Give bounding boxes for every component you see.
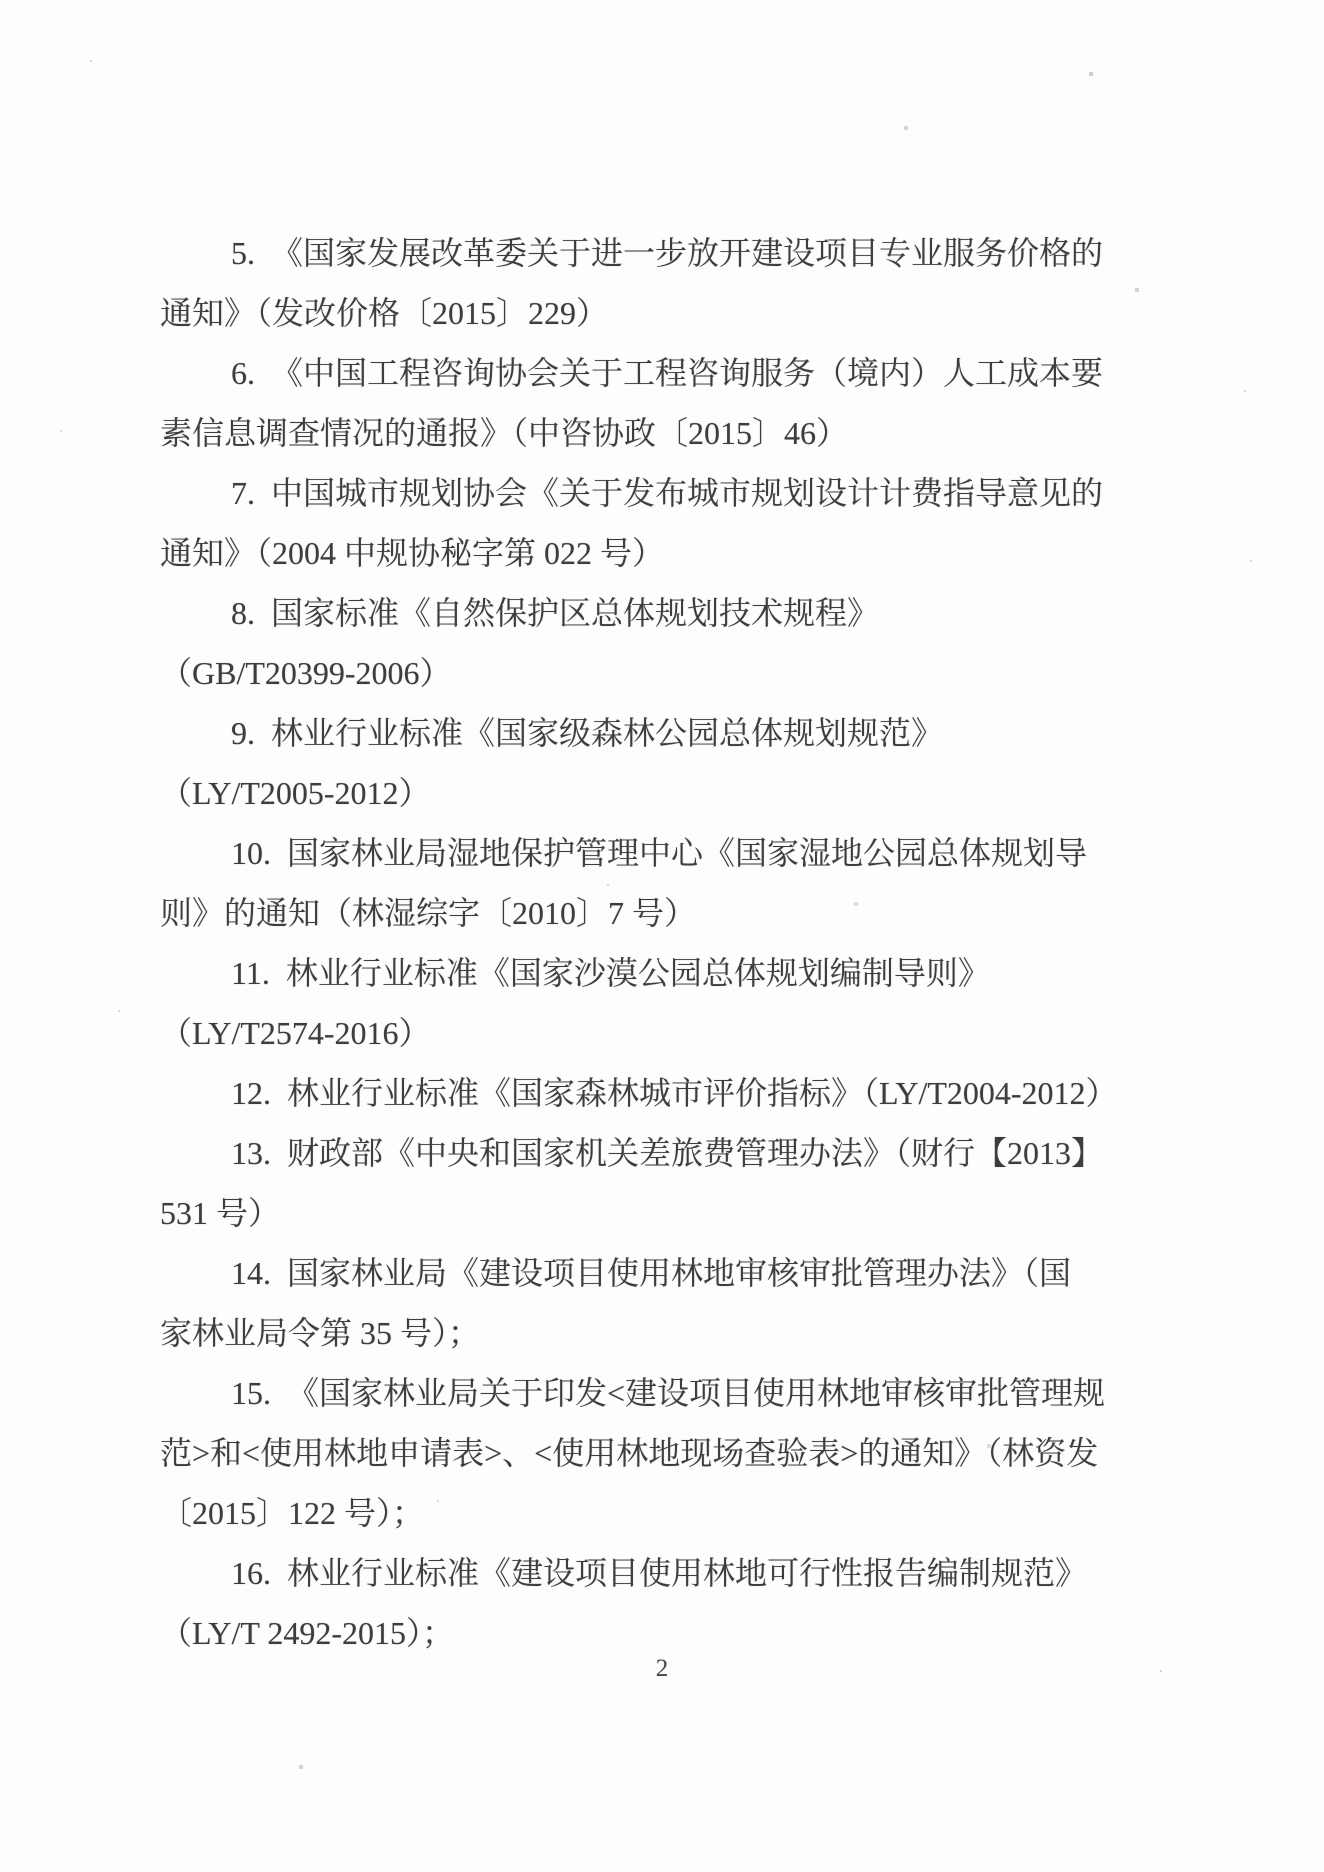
reference-line: 则》的通知（林湿综字〔2010〕7 号） — [160, 883, 1194, 943]
reference-line: （LY/T 2492-2015）； — [160, 1603, 1194, 1663]
reference-line: 10. 国家林业局湿地保护管理中心《国家湿地公园总体规划导 — [160, 823, 1194, 883]
reference-item-16: 16. 林业行业标准《建设项目使用林地可行性报告编制规范》（LY/T 2492-… — [160, 1543, 1194, 1663]
reference-line: 5. 《国家发展改革委关于进一步放开建设项目专业服务价格的 — [160, 223, 1194, 283]
reference-line: 通知》（2004 中规协秘字第 022 号） — [160, 523, 1194, 583]
reference-line: 〔2015〕122 号）； — [160, 1483, 1194, 1543]
reference-line: 家林业局令第 35 号）； — [160, 1303, 1194, 1363]
scan-speckles — [0, 0, 2, 2]
reference-item-11: 11. 林业行业标准《国家沙漠公园总体规划编制导则》（LY/T2574-2016… — [160, 943, 1194, 1063]
reference-line: 8. 国家标准《自然保护区总体规划技术规程》 — [160, 583, 1194, 643]
reference-line: （GB/T20399-2006） — [160, 643, 1194, 703]
page-number: 2 — [0, 1655, 1324, 1683]
reference-line: 6. 《中国工程咨询协会关于工程咨询服务（境内）人工成本要 — [160, 343, 1194, 403]
reference-line: 15. 《国家林业局关于印发<建设项目使用林地审核审批管理规 — [160, 1363, 1194, 1423]
reference-line: 素信息调查情况的通报》（中咨协政〔2015〕46） — [160, 403, 1194, 463]
reference-item-10: 10. 国家林业局湿地保护管理中心《国家湿地公园总体规划导则》的通知（林湿综字〔… — [160, 823, 1194, 943]
reference-line: （LY/T2574-2016） — [160, 1003, 1194, 1063]
reference-line: 12. 林业行业标准《国家森林城市评价指标》（LY/T2004-2012） — [160, 1063, 1194, 1123]
reference-line: 11. 林业行业标准《国家沙漠公园总体规划编制导则》 — [160, 943, 1194, 1003]
reference-line: 16. 林业行业标准《建设项目使用林地可行性报告编制规范》 — [160, 1543, 1194, 1603]
reference-line: 通知》（发改价格〔2015〕229） — [160, 283, 1194, 343]
reference-line: 14. 国家林业局《建设项目使用林地审核审批管理办法》（国 — [160, 1243, 1194, 1303]
reference-item-8: 8. 国家标准《自然保护区总体规划技术规程》（GB/T20399-2006） — [160, 583, 1194, 703]
reference-item-13: 13. 财政部《中央和国家机关差旅费管理办法》（财行【2013】531 号） — [160, 1123, 1194, 1243]
reference-item-14: 14. 国家林业局《建设项目使用林地审核审批管理办法》（国家林业局令第 35 号… — [160, 1243, 1194, 1363]
reference-line: 范>和<使用林地申请表>、<使用林地现场查验表>的通知》（林资发 — [160, 1423, 1194, 1483]
reference-item-15: 15. 《国家林业局关于印发<建设项目使用林地审核审批管理规范>和<使用林地申请… — [160, 1363, 1194, 1543]
reference-item-7: 7. 中国城市规划协会《关于发布城市规划设计计费指导意见的通知》（2004 中规… — [160, 463, 1194, 583]
reference-line: 13. 财政部《中央和国家机关差旅费管理办法》（财行【2013】 — [160, 1123, 1194, 1183]
reference-item-9: 9. 林业行业标准《国家级森林公园总体规划规范》（LY/T2005-2012） — [160, 703, 1194, 823]
reference-item-6: 6. 《中国工程咨询协会关于工程咨询服务（境内）人工成本要素信息调查情况的通报》… — [160, 343, 1194, 463]
reference-line: （LY/T2005-2012） — [160, 763, 1194, 823]
references-list: 5. 《国家发展改革委关于进一步放开建设项目专业服务价格的通知》（发改价格〔20… — [160, 223, 1194, 1663]
reference-line: 7. 中国城市规划协会《关于发布城市规划设计计费指导意见的 — [160, 463, 1194, 523]
reference-item-12: 12. 林业行业标准《国家森林城市评价指标》（LY/T2004-2012） — [160, 1063, 1194, 1123]
document-page: 5. 《国家发展改革委关于进一步放开建设项目专业服务价格的通知》（发改价格〔20… — [0, 0, 1324, 1872]
reference-line: 531 号） — [160, 1183, 1194, 1243]
reference-item-5: 5. 《国家发展改革委关于进一步放开建设项目专业服务价格的通知》（发改价格〔20… — [160, 223, 1194, 343]
reference-line: 9. 林业行业标准《国家级森林公园总体规划规范》 — [160, 703, 1194, 763]
